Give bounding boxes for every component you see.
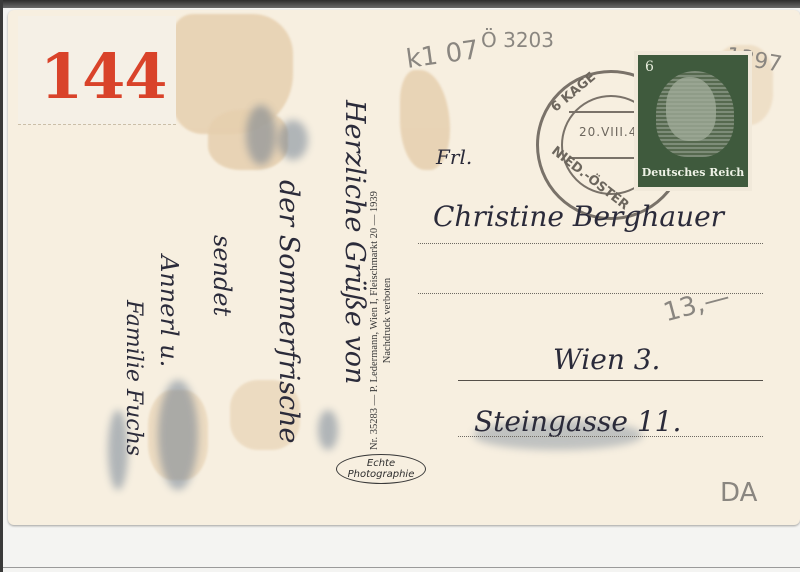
lot-number: 144	[40, 46, 166, 108]
address-salutation: Frl.	[436, 145, 472, 169]
ink-smudge	[158, 380, 198, 490]
scanned-postcard-back: 144 Herzliche Grüße von der Sommerfrisch…	[0, 0, 800, 572]
scanner-edge	[3, 0, 800, 8]
top-left-pencil-note: k1 07	[404, 35, 480, 75]
address-street: Steingasse 11.	[474, 405, 681, 438]
portrait-stamp-icon: 6 Deutsches Reich	[638, 55, 748, 187]
postage-stamp: 6 Deutsches Reich	[634, 51, 752, 191]
postcard: 144 Herzliche Grüße von der Sommerfrisch…	[8, 10, 800, 525]
stamp-value: 6	[645, 59, 654, 75]
message-line: der Sommerfrische	[273, 180, 304, 443]
postmark-date: 20.VIII.4	[579, 125, 637, 139]
ink-smudge	[278, 120, 308, 160]
photo-mark-line2: Photographie	[337, 469, 425, 480]
price-pencil-note: 13,—	[660, 282, 733, 328]
address-name: Christine Berghauer	[433, 200, 724, 233]
stamp-country: Deutsches Reich	[638, 166, 748, 179]
message-line: sendet	[208, 235, 236, 316]
reprint-notice: Nachdruck verboten	[381, 191, 394, 450]
address-line	[458, 436, 763, 437]
address-city: Wien 3.	[553, 343, 660, 376]
stamp-portrait-head	[666, 77, 716, 141]
address-line	[418, 293, 763, 294]
publisher-imprint: Nr. 35283 — P. Ledermann, Wien I, Fleisc…	[368, 191, 394, 450]
ink-smudge	[246, 105, 276, 165]
address-line	[418, 243, 763, 244]
message-line: Herzliche Grüße von	[339, 100, 370, 384]
catalog-number-note: Ö 3203	[481, 28, 554, 52]
photo-mark-oval: Echte Photographie	[336, 454, 426, 484]
message-line: Familie Fuchs	[121, 300, 146, 456]
bottom-right-pencil-note: DA	[720, 478, 757, 508]
lot-number-label: 144	[18, 16, 176, 125]
ink-smudge	[318, 410, 338, 450]
publisher-line: Nr. 35283 — P. Ledermann, Wien I, Fleisc…	[368, 191, 381, 450]
photo-mark-line1: Echte	[337, 458, 425, 469]
scanner-edge	[3, 567, 800, 568]
message-line: Annerl u.	[155, 255, 183, 367]
address-line	[458, 380, 763, 381]
